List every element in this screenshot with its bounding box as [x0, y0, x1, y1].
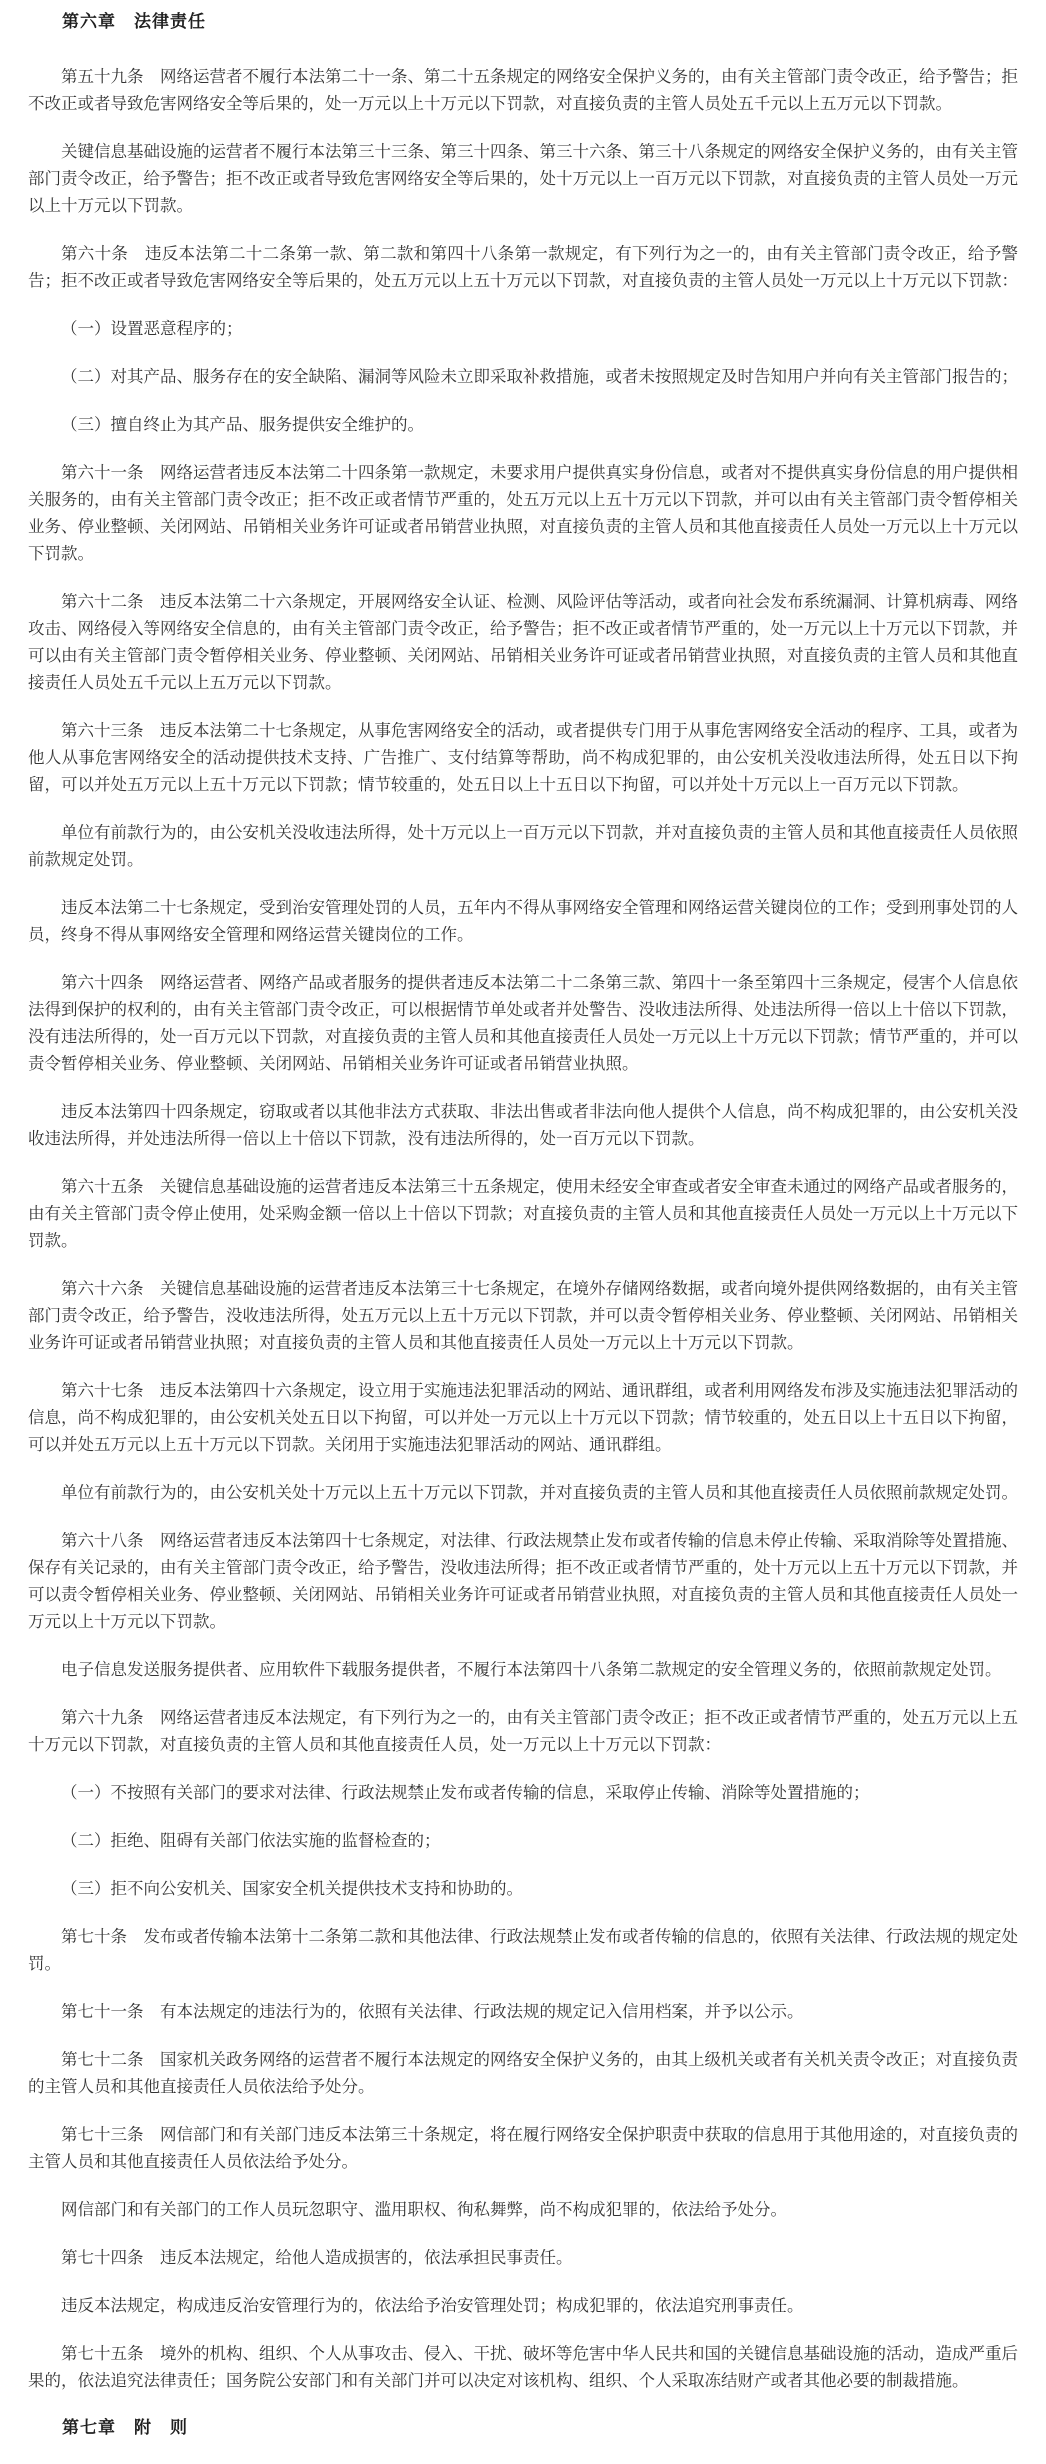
paragraph: 第六十七条 违反本法第四十六条规定，设立用于实施违法犯罪活动的网站、通讯群组，或…: [28, 1378, 1018, 1459]
paragraph: 第六十八条 网络运营者违反本法第四十七条规定，对法律、行政法规禁止发布或者传输的…: [28, 1528, 1018, 1636]
paragraph: 关键信息基础设施的运营者不履行本法第三十三条、第三十四条、第三十六条、第三十八条…: [28, 139, 1018, 220]
paragraph: 单位有前款行为的，由公安机关没收违法所得，处十万元以上一百万元以下罚款，并对直接…: [28, 820, 1018, 874]
paragraph: 第六十四条 网络运营者、网络产品或者服务的提供者违反本法第二十二条第三款、第四十…: [28, 970, 1018, 1078]
list-item: （二）对其产品、服务存在的安全缺陷、漏洞等风险未立即采取补救措施，或者未按照规定…: [28, 364, 1018, 391]
paragraph: 违反本法规定，构成违反治安管理行为的，依法给予治安管理处罚；构成犯罪的，依法追究…: [28, 2293, 1018, 2320]
paragraph: 第六十九条 网络运营者违反本法规定，有下列行为之一的，由有关主管部门责令改正；拒…: [28, 1705, 1018, 1759]
paragraph: 第七十三条 网信部门和有关部门违反本法第三十条规定，将在履行网络安全保护职责中获…: [28, 2122, 1018, 2176]
list-item: （一）设置恶意程序的；: [28, 316, 1018, 343]
paragraph: 第七十四条 违反本法规定，给他人造成损害的，依法承担民事责任。: [28, 2245, 1018, 2272]
paragraph: 第七十二条 国家机关政务网络的运营者不履行本法规定的网络安全保护义务的，由其上级…: [28, 2047, 1018, 2101]
paragraph: 第六十条 违反本法第二十二条第一款、第二款和第四十八条第一款规定，有下列行为之一…: [28, 241, 1018, 295]
list-item: （三）擅自终止为其产品、服务提供安全维护的。: [28, 412, 1018, 439]
paragraph: 第六十五条 关键信息基础设施的运营者违反本法第三十五条规定，使用未经安全审查或者…: [28, 1174, 1018, 1255]
paragraph: 单位有前款行为的，由公安机关处十万元以上五十万元以下罚款，并对直接负责的主管人员…: [28, 1480, 1018, 1507]
paragraph: 违反本法第四十四条规定，窃取或者以其他非法方式获取、非法出售或者非法向他人提供个…: [28, 1099, 1018, 1153]
paragraph: 第六十一条 网络运营者违反本法第二十四条第一款规定，未要求用户提供真实身份信息，…: [28, 460, 1018, 568]
paragraph: 第六十六条 关键信息基础设施的运营者违反本法第三十七条规定，在境外存储网络数据，…: [28, 1276, 1018, 1357]
paragraph: 电子信息发送服务提供者、应用软件下载服务提供者，不履行本法第四十八条第二款规定的…: [28, 1657, 1018, 1684]
paragraph: 网信部门和有关部门的工作人员玩忽职守、滥用职权、徇私舞弊，尚不构成犯罪的，依法给…: [28, 2197, 1018, 2224]
paragraph: 第六十三条 违反本法第二十七条规定，从事危害网络安全的活动，或者提供专门用于从事…: [28, 718, 1018, 799]
chapter-heading: 第六章 法律责任: [28, 10, 1018, 34]
paragraph: 第五十九条 网络运营者不履行本法第二十一条、第二十五条规定的网络安全保护义务的，…: [28, 64, 1018, 118]
paragraph: 第七十五条 境外的机构、组织、个人从事攻击、侵入、干扰、破坏等危害中华人民共和国…: [28, 2341, 1018, 2395]
paragraph: 第六十二条 违反本法第二十六条规定，开展网络安全认证、检测、风险评估等活动，或者…: [28, 589, 1018, 697]
document-body: 第六章 法律责任第五十九条 网络运营者不履行本法第二十一条、第二十五条规定的网络…: [28, 10, 1018, 2440]
list-item: （三）拒不向公安机关、国家安全机关提供技术支持和协助的。: [28, 1876, 1018, 1903]
chapter-heading: 第七章 附 则: [28, 2416, 1018, 2440]
paragraph: 第七十条 发布或者传输本法第十二条第二款和其他法律、行政法规禁止发布或者传输的信…: [28, 1924, 1018, 1978]
paragraph: 违反本法第二十七条规定，受到治安管理处罚的人员，五年内不得从事网络安全管理和网络…: [28, 895, 1018, 949]
list-item: （一）不按照有关部门的要求对法律、行政法规禁止发布或者传输的信息，采取停止传输、…: [28, 1780, 1018, 1807]
paragraph: 第七十一条 有本法规定的违法行为的，依照有关法律、行政法规的规定记入信用档案，并…: [28, 1999, 1018, 2026]
legal-document: 第六章 法律责任第五十九条 网络运营者不履行本法第二十一条、第二十五条规定的网络…: [0, 0, 1046, 2464]
list-item: （二）拒绝、阻碍有关部门依法实施的监督检查的；: [28, 1828, 1018, 1855]
